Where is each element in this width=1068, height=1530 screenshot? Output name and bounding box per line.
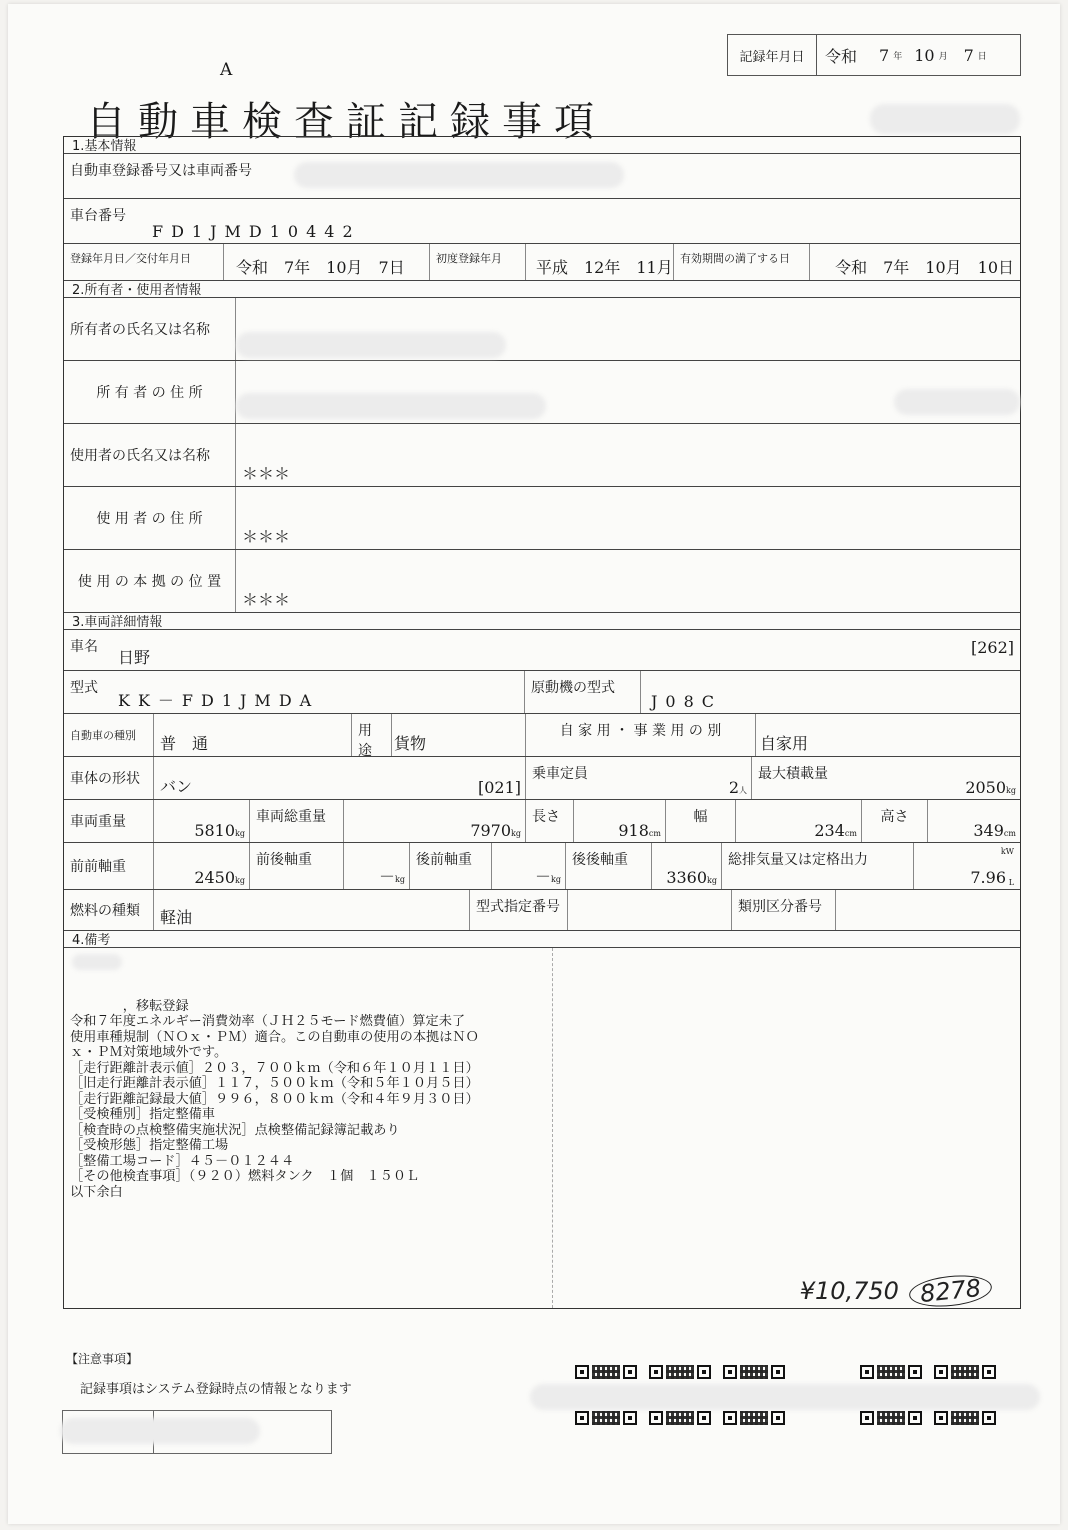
qr-code-icon bbox=[934, 1410, 996, 1426]
qr-code-icon bbox=[723, 1364, 785, 1380]
body-shape-label: 車体の形状 bbox=[64, 757, 154, 799]
body-shape-value: バン [021] bbox=[154, 757, 526, 799]
remarks-line: ［その他検査事項］（９２０）燃料タンク １個 １５０Ｌ bbox=[70, 1169, 546, 1185]
fr-axle-label: 前後軸重 bbox=[250, 843, 344, 889]
qr-code-icon bbox=[649, 1410, 711, 1426]
section-basic-info-title: 1.基本情報 bbox=[64, 137, 1020, 153]
gross-weight-value: 7970kg bbox=[344, 800, 526, 842]
private-commercial-value: 自家用 bbox=[756, 714, 1020, 756]
reg-date-label: 登録年月日／交付年月日 bbox=[64, 244, 224, 280]
remarks-line: ［走行距離計表示値］２０３，７００ｋｍ（令和６年１０月１１日） bbox=[70, 1061, 546, 1077]
rf-axle-value: －kg bbox=[492, 843, 566, 889]
redaction-blur bbox=[60, 1418, 260, 1444]
owner-name-label: 所有者の氏名又は名称 bbox=[64, 298, 236, 360]
redaction-blur bbox=[870, 104, 1020, 134]
record-date-label: 記録年月日 bbox=[728, 35, 817, 75]
type-designation-value bbox=[568, 890, 732, 930]
car-name-value: 日野 [262] bbox=[112, 630, 1020, 670]
user-address-label: 使 用 者 の 住 所 bbox=[64, 487, 236, 549]
kind-label: 自動車の種別 bbox=[64, 714, 154, 756]
height-value: 349cm bbox=[928, 800, 1020, 842]
qr-code-icon bbox=[649, 1364, 711, 1380]
model-value: KK－FD1JMDA bbox=[112, 671, 525, 713]
remarks-handwritten-area: ¥10,7508278 bbox=[553, 948, 1020, 1308]
remarks-line: 以下余白 bbox=[70, 1185, 546, 1201]
qr-code-icon bbox=[575, 1410, 637, 1426]
redaction-blur bbox=[894, 389, 1020, 415]
remarks-line: ［受検種別］指定整備車 bbox=[70, 1107, 546, 1123]
use-label: 用途 bbox=[352, 714, 392, 756]
notes-text: 記録事項はシステム登録時点の情報となります bbox=[80, 1378, 352, 1397]
first-reg-value: 平成 12年 11月 bbox=[526, 244, 674, 280]
ff-axle-label: 前前軸重 bbox=[64, 843, 154, 889]
chassis-number-label: 車台番号 bbox=[64, 199, 144, 243]
notes-title: 【注意事項】 bbox=[66, 1350, 138, 1367]
rf-axle-label: 後前軸重 bbox=[410, 843, 492, 889]
rr-axle-value: 3360kg bbox=[652, 843, 722, 889]
remarks-text: ，移転登録令和７年度エネルギー消費効率（ＪＨ２５モード燃費値）算定未了使用車種規… bbox=[64, 948, 553, 1308]
owner-address-value bbox=[236, 361, 1020, 423]
chassis-number-value: FD1JMD10442 bbox=[144, 199, 1020, 243]
length-value: 918cm bbox=[574, 800, 666, 842]
qr-code-row-1 bbox=[575, 1364, 785, 1380]
capacity-value: 2人 bbox=[616, 757, 752, 799]
max-load-label: 最大積載量 bbox=[752, 757, 856, 799]
qr-code-icon bbox=[934, 1364, 996, 1380]
qr-code-row-3 bbox=[575, 1410, 785, 1426]
vehicle-weight-value: 5810kg bbox=[154, 800, 250, 842]
rr-axle-label: 後後軸重 bbox=[566, 843, 652, 889]
car-name-label: 車名 bbox=[64, 630, 112, 670]
qr-code-icon bbox=[860, 1364, 922, 1380]
owner-name-value bbox=[236, 298, 1020, 360]
body-shape-code: [021] bbox=[478, 778, 521, 797]
capacity-label: 乗車定員 bbox=[526, 757, 616, 799]
kind-value: 普 通 bbox=[154, 714, 352, 756]
remarks-line: ［整備工場コード］４５－０１２４４ bbox=[70, 1154, 546, 1170]
redaction-blur bbox=[72, 954, 122, 970]
displacement-value: kW 7.96 L bbox=[914, 843, 1020, 889]
redaction-blur bbox=[236, 332, 506, 358]
redaction-blur bbox=[236, 393, 546, 419]
reg-number-label: 自動車登録番号又は車両番号 bbox=[64, 154, 294, 198]
category-number-label: 類別区分番号 bbox=[732, 890, 836, 930]
user-address-value: ＊＊＊ bbox=[236, 487, 1020, 549]
fuel-type-value: 軽油 bbox=[154, 890, 470, 930]
first-reg-label: 初度登録年月 bbox=[430, 244, 526, 280]
record-date-value: 令和 7年 10月 7日 bbox=[817, 35, 1020, 75]
remarks-line: ［検査時の点検整備実施状況］点検整備記録簿記載あり bbox=[70, 1123, 546, 1139]
use-value: 貨物 bbox=[392, 714, 526, 756]
vehicle-weight-label: 車両重量 bbox=[64, 800, 154, 842]
redaction-blur bbox=[294, 162, 624, 188]
qr-code-row-2 bbox=[860, 1364, 996, 1380]
width-label: 幅 bbox=[666, 800, 736, 842]
reg-number-value bbox=[294, 154, 1020, 198]
base-location-value: ＊＊＊ bbox=[236, 550, 1020, 612]
displacement-label: 総排気量又は定格出力 bbox=[722, 843, 914, 889]
fr-axle-value: －kg bbox=[344, 843, 410, 889]
category-number-value bbox=[836, 890, 1020, 930]
private-commercial-label: 自 家 用 ・ 事 業 用 の 別 bbox=[526, 714, 756, 756]
section-remarks-title: 4.備考 bbox=[64, 931, 1020, 947]
remarks-line: 令和７年度エネルギー消費効率（ＪＨ２５モード燃費値）算定未了 bbox=[70, 1014, 546, 1030]
expiry-label: 有効期間の満了する日 bbox=[674, 244, 810, 280]
inspection-record-form: 1.基本情報 自動車登録番号又は車両番号 車台番号 FD1JMD10442 登録… bbox=[63, 136, 1021, 1309]
remarks-line: 使用車種規制（ＮＯｘ・ＰＭ）適合。この自動車の使用の本拠はＮＯ bbox=[70, 1030, 546, 1046]
user-name-label: 使用者の氏名又は名称 bbox=[64, 424, 236, 486]
remarks-line: ［旧走行距離計表示値］１１７，５００ｋｍ（令和５年１０月５日） bbox=[70, 1076, 546, 1092]
remarks-line: ，移転登録 bbox=[70, 999, 546, 1015]
engine-label: 原動機の型式 bbox=[525, 671, 641, 713]
user-name-value: ＊＊＊ bbox=[236, 424, 1020, 486]
section-vehicle-detail-title: 3.車両詳細情報 bbox=[64, 613, 1020, 629]
expiry-value: 令和 7年 10月 10日 bbox=[810, 244, 1020, 280]
qr-code-row-4 bbox=[860, 1410, 996, 1426]
base-location-label: 使 用 の 本 拠 の 位 置 bbox=[64, 550, 236, 612]
form-letter: A bbox=[220, 60, 232, 80]
remarks-line: ［受検形態］指定整備工場 bbox=[70, 1138, 546, 1154]
remarks-area: ，移転登録令和７年度エネルギー消費効率（ＪＨ２５モード燃費値）算定未了使用車種規… bbox=[64, 948, 1020, 1308]
reg-date-value: 令和 7年 10月 7日 bbox=[224, 244, 430, 280]
remarks-line: ［走行距離記録最大値］９９６，８００ｋｍ（令和４年９月３０日） bbox=[70, 1092, 546, 1108]
model-label: 型式 bbox=[64, 671, 112, 713]
gross-weight-label: 車両総重量 bbox=[250, 800, 344, 842]
fuel-type-label: 燃料の種類 bbox=[64, 890, 154, 930]
owner-address-label: 所 有 者 の 住 所 bbox=[64, 361, 236, 423]
record-date-box: 記録年月日 令和 7年 10月 7日 bbox=[727, 34, 1021, 76]
max-load-value: 2050kg bbox=[856, 757, 1020, 799]
handwritten-note: ¥10,7508278 bbox=[800, 1276, 992, 1306]
qr-code-icon bbox=[575, 1364, 637, 1380]
width-value: 234cm bbox=[736, 800, 862, 842]
engine-value: J08C bbox=[641, 671, 1020, 713]
remarks-line: ｘ・ＰＭ対策地域外です。 bbox=[70, 1045, 546, 1061]
qr-code-icon bbox=[723, 1410, 785, 1426]
type-designation-label: 型式指定番号 bbox=[470, 890, 568, 930]
redaction-blur bbox=[530, 1384, 1040, 1410]
qr-code-icon bbox=[860, 1410, 922, 1426]
length-label: 長さ bbox=[526, 800, 574, 842]
section-owner-user-title: 2.所有者・使用者情報 bbox=[64, 281, 1020, 297]
ff-axle-value: 2450kg bbox=[154, 843, 250, 889]
car-name-code: [262] bbox=[971, 638, 1014, 657]
height-label: 高さ bbox=[862, 800, 928, 842]
